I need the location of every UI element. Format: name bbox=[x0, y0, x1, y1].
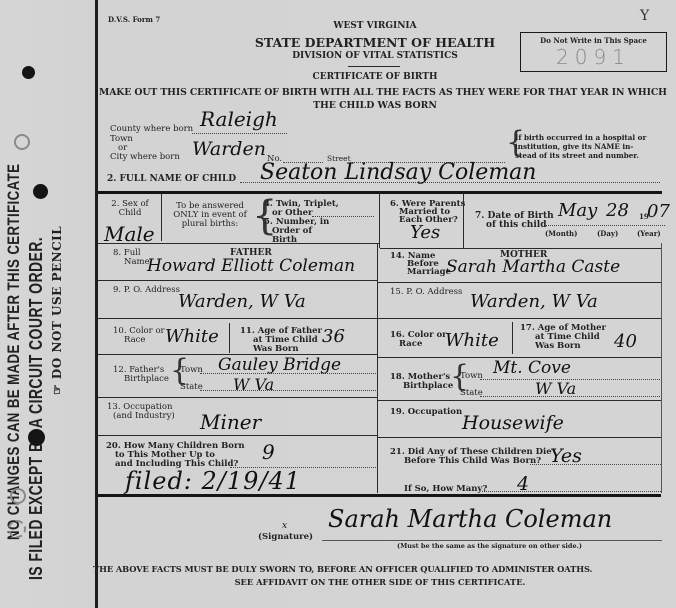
sex-label-2: Child bbox=[100, 208, 160, 218]
signature-value[interactable]: Sarah Martha Coleman bbox=[328, 505, 612, 533]
father-race-value[interactable]: White bbox=[165, 326, 219, 347]
mother-occupation-label: 19. Occupation bbox=[390, 407, 462, 417]
dob-day[interactable]: 28 bbox=[606, 200, 629, 221]
dob-year[interactable]: 07 bbox=[647, 201, 670, 222]
margin-pencil-warning: ☞ DO NOT USE PENCIL bbox=[50, 226, 64, 395]
father-race-label-2: Race bbox=[124, 335, 145, 345]
form-number: D.V.S. Form 7 bbox=[108, 15, 160, 25]
row-divider bbox=[98, 435, 378, 436]
footer-line2: SEE AFFIDAVIT ON THE OTHER SIDE OF THIS … bbox=[180, 577, 580, 587]
dob-label-2: of this child bbox=[486, 220, 546, 230]
father-occupation-label-2: (and Industry) bbox=[113, 411, 175, 421]
mother-birthplace-label-2: Birthplace bbox=[403, 381, 453, 391]
children-born-value[interactable]: 9 bbox=[262, 440, 275, 464]
how-many-line bbox=[482, 491, 661, 492]
corner-check-mark: Y bbox=[640, 8, 649, 24]
division-name: DIVISION OF VITAL STATISTICS bbox=[230, 51, 520, 61]
punch-hole-icon bbox=[28, 429, 45, 446]
cell-divider bbox=[229, 323, 230, 353]
row-divider bbox=[98, 318, 378, 319]
hospital-note-3: stead of its street and number. bbox=[515, 151, 639, 160]
row-divider bbox=[98, 243, 380, 244]
children-died-value[interactable]: Yes bbox=[550, 445, 582, 467]
cell-divider bbox=[512, 322, 513, 354]
punch-hole-ring-icon bbox=[10, 488, 26, 504]
father-birth-town[interactable]: Gauley Bridge bbox=[218, 355, 341, 375]
father-name-value[interactable]: Howard Elliott Coleman bbox=[147, 256, 355, 276]
mother-address-label: 15. P. O. Address bbox=[390, 287, 462, 297]
punch-hole-ring-icon bbox=[14, 134, 30, 150]
child-name-line bbox=[240, 182, 660, 183]
town-label-3: City where born bbox=[110, 152, 180, 162]
left-margin: NO CHANGES CAN BE MADE AFTER THIS CERTIF… bbox=[0, 0, 95, 608]
row-divider bbox=[378, 437, 661, 438]
mother-race-label-2: Race bbox=[399, 339, 422, 349]
hospital-note-2: institution, give its NAME in- bbox=[515, 142, 633, 151]
margin-warning-line2: IS FILED EXCEPT BY A CIRCUIT COURT ORDER… bbox=[26, 237, 47, 580]
dob-month[interactable]: May bbox=[558, 200, 597, 221]
county-label: County where born bbox=[110, 124, 193, 134]
father-occupation-value[interactable]: Miner bbox=[200, 410, 261, 434]
year-caption: (Year) bbox=[637, 229, 661, 239]
county-line bbox=[192, 133, 287, 134]
office-use-box: Do Not Write in This Space 2091 bbox=[520, 32, 667, 72]
right-edge bbox=[661, 243, 662, 493]
signature-line bbox=[322, 540, 662, 541]
cell-divider bbox=[379, 193, 380, 248]
day-caption: (Day) bbox=[597, 229, 618, 239]
father-age-value[interactable]: 36 bbox=[322, 326, 345, 347]
mother-occupation-value[interactable]: Housewife bbox=[462, 412, 564, 434]
father-state-line bbox=[200, 390, 378, 391]
punch-hole-icon bbox=[33, 184, 48, 199]
how-many-value[interactable]: 4 bbox=[517, 473, 529, 495]
birth-certificate-page: NO CHANGES CAN BE MADE AFTER THIS CERTIF… bbox=[0, 0, 676, 608]
row-divider bbox=[98, 280, 378, 281]
punch-hole-ring-icon bbox=[8, 520, 26, 538]
father-address-value[interactable]: Warden, W Va bbox=[178, 291, 306, 312]
row-divider bbox=[98, 397, 378, 398]
row-divider bbox=[378, 318, 661, 319]
county-value[interactable]: Raleigh bbox=[200, 107, 278, 131]
filed-date-note: filed: 2/19/41 bbox=[125, 467, 301, 495]
signature-label: (Signature) bbox=[258, 532, 313, 542]
mother-race-value[interactable]: White bbox=[445, 330, 499, 351]
father-birthplace-label-2: Birthplace bbox=[124, 374, 169, 384]
mother-address-value[interactable]: Warden, W Va bbox=[470, 291, 598, 312]
instruction-line1: MAKE OUT THIS CERTIFICATE OF BIRTH WITH … bbox=[99, 88, 669, 98]
child-name-label: 2. FULL NAME OF CHILD bbox=[107, 174, 236, 184]
plural-label-3: plural births: bbox=[165, 219, 255, 229]
mother-name-value[interactable]: Sarah Martha Caste bbox=[446, 257, 620, 277]
header-divider bbox=[348, 66, 400, 67]
margin-warning-line1: NO CHANGES CAN BE MADE AFTER THIS CERTIF… bbox=[4, 164, 24, 540]
section-divider bbox=[98, 191, 662, 194]
department-name: STATE DEPARTMENT OF HEALTH bbox=[230, 36, 520, 50]
row-divider bbox=[380, 248, 662, 249]
children-died-label-2: Before This Child Was Born? bbox=[404, 456, 541, 466]
row-divider bbox=[378, 282, 661, 283]
hospital-note-1: If birth occurred in a hospital or bbox=[515, 133, 646, 142]
cell-divider bbox=[463, 193, 464, 248]
mother-birth-state[interactable]: W Va bbox=[535, 379, 576, 398]
month-caption: (Month) bbox=[545, 229, 577, 239]
how-many-label: If So, How Many? bbox=[404, 484, 487, 494]
footer-line1: THE ABOVE FACTS MUST BE DULY SWORN TO, B… bbox=[93, 564, 668, 574]
father-birth-state[interactable]: W Va bbox=[233, 375, 274, 394]
signature-mark: x bbox=[282, 521, 287, 531]
margin-rule bbox=[95, 0, 98, 608]
mother-age-label-3: Was Born bbox=[535, 341, 581, 351]
signature-note: (Must be the same as the signature on ot… bbox=[397, 542, 582, 550]
section-divider bbox=[98, 494, 661, 497]
mother-birth-town[interactable]: Mt. Cove bbox=[493, 358, 571, 378]
certificate-title: CERTIFICATE OF BIRTH bbox=[230, 72, 520, 82]
father-address-label: 9. P. O. Address bbox=[113, 285, 180, 295]
certificate-number: 2091 bbox=[521, 45, 666, 69]
father-age-label-3: Was Born bbox=[253, 344, 299, 354]
state-name: WEST VIRGINIA bbox=[230, 21, 520, 31]
dob-line bbox=[545, 225, 665, 226]
punch-hole-icon bbox=[22, 66, 35, 79]
cell-divider bbox=[161, 193, 162, 241]
town-value[interactable]: Warden bbox=[192, 138, 266, 160]
row-divider bbox=[378, 400, 661, 401]
mother-age-value[interactable]: 40 bbox=[614, 331, 637, 352]
father-name-label-2: Name bbox=[124, 257, 150, 267]
married-value[interactable]: Yes bbox=[410, 222, 440, 243]
mother-name-label-3: Marriage bbox=[407, 267, 451, 277]
